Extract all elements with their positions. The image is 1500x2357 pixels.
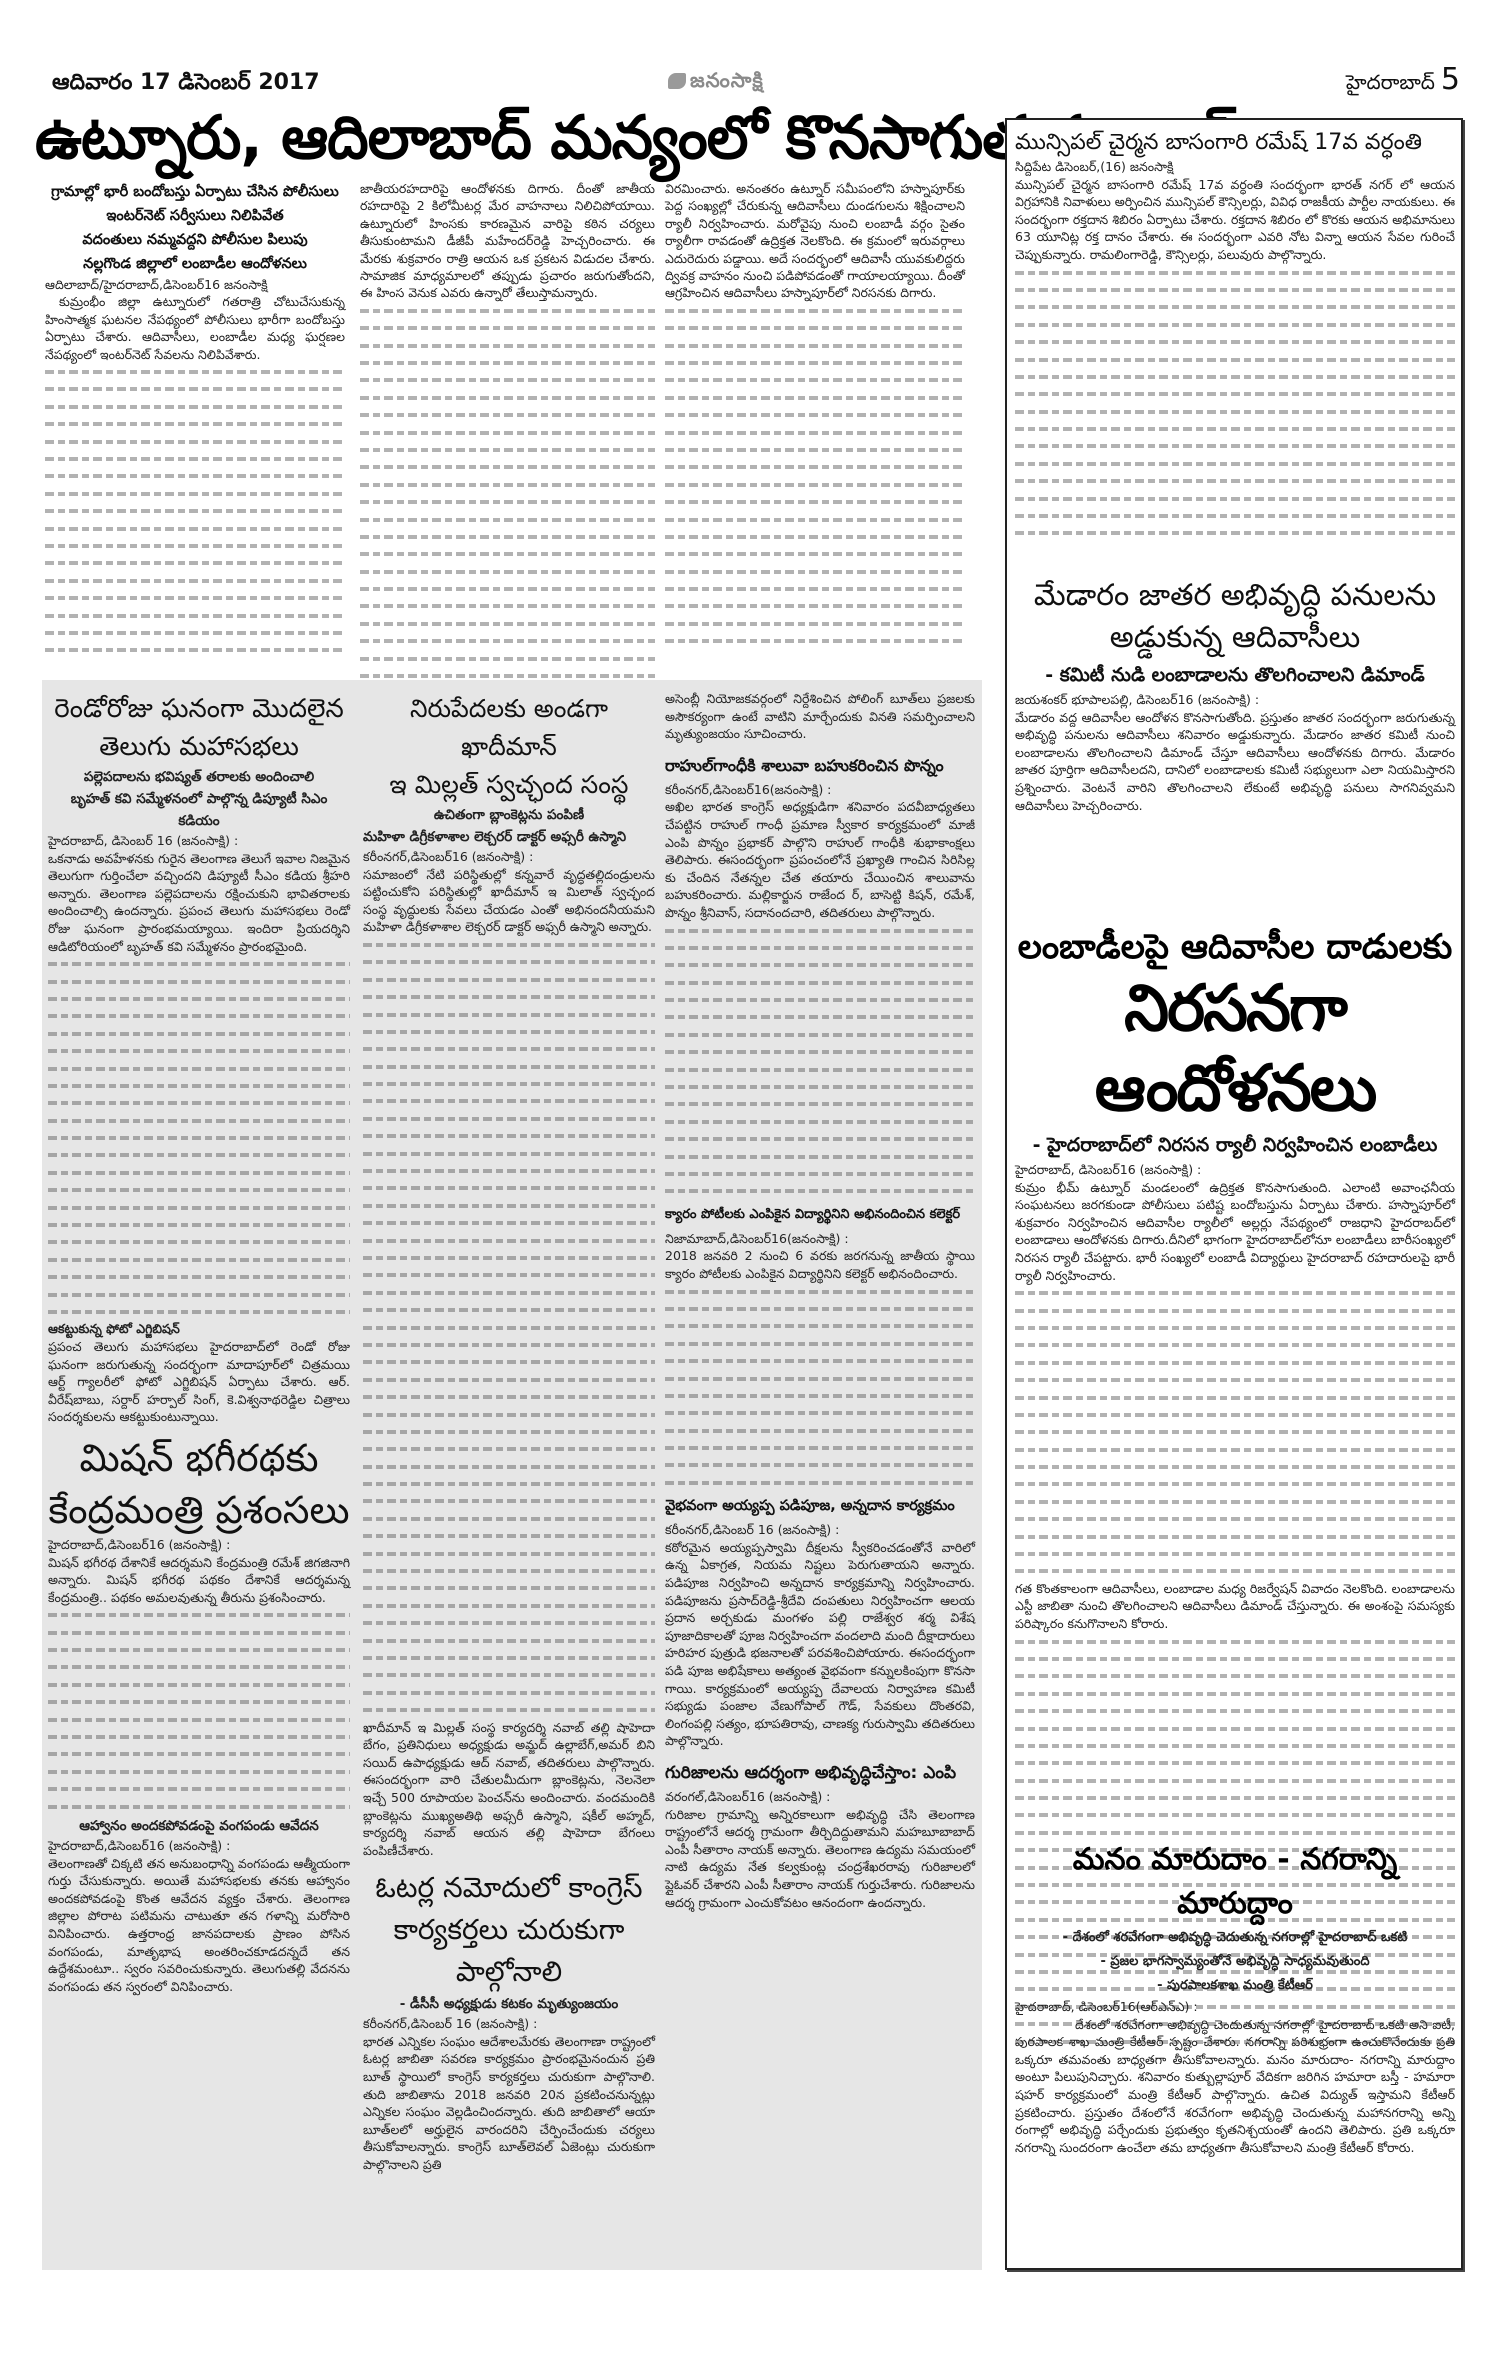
paper-name: జనంసాక్షి xyxy=(690,68,764,92)
khadiman-headline-2: ఇ మిల్లత్ స్వచ్ఛంద సంస్థ xyxy=(363,766,655,804)
lead-body-1: కుమ్రంభీం జిల్లా ఉట్నూరులో గతరాత్రి చోటు… xyxy=(45,293,345,363)
khadiman-kicker-2: మహిళా డిగ్రీకళాశాల లెక్చరర్ డాక్టర్ అఫ్స… xyxy=(363,826,655,848)
ktr-kicker-2: - ప్రజల భాగస్వామ్యంతోనే అభివృద్ధి సాధ్యమ… xyxy=(1015,1950,1455,1974)
lambadi-headline-2: నిరసనగా ఆందోళనలు xyxy=(1015,969,1455,1129)
lead-body-2-filler xyxy=(360,302,655,685)
photo-exhibition-subhead: ఆకట్టుకున్న ఫోటో ఎగ్జిబిషన్ xyxy=(48,1320,350,1338)
medaram-story: మేడారం జాతర అభివృద్ధి పనులను అడ్డుకున్న … xyxy=(1015,575,1455,814)
telugu-sabhalu-headline-2: తెలుగు మహాసభలు xyxy=(48,728,350,766)
ktr-kicker-3: - పురపాలకశాఖ మంత్రి కేటీఆర్ xyxy=(1015,1974,1455,1998)
gurijala-body: గురిజాల గ్రామాన్ని అన్నిరకాలుగా అభివృద్ధ… xyxy=(665,1806,975,1912)
telugu-sabhalu-kicker-2: బృహత్ కవి సమ్మేళనంలో పాల్గొన్న డిప్యూటీ … xyxy=(48,788,350,832)
lead-body-3-filler xyxy=(665,302,965,650)
medaram-dateline: జయశంకర్ భూపాలపల్లి, డిసెంబర్16 (జనంసాక్ష… xyxy=(1015,691,1455,709)
lead-story-col-2: జాతీయరహదారిపై ఆందోళనకు దిగారు. దీంతో జాత… xyxy=(360,180,655,684)
telugu-sabhalu-headline-1: రెండోరోజు ఘనంగా మొదలైన xyxy=(48,690,350,728)
lambadi-dateline: హైదరాబాద్, డిసెంబర్16 (జనంసాక్షి) : xyxy=(1015,1161,1455,1179)
gurijala-headline: గురిజాలను ఆదర్శంగా అభివృద్ధిచేస్తాం: ఎంప… xyxy=(665,1758,975,1788)
khadiman-headline-1: నిరుపేదలకు అండగా ఖాదీమాన్ xyxy=(363,690,655,766)
ktr-dateline: హైదరాబాద్, డిసెంబర్16(ఆర్ఎన్ఎ) : xyxy=(1015,1998,1455,2016)
lead-body-3: విరమించారు. అనంతరం ఉట్నూర్ సమీపంలోని హస్… xyxy=(665,180,965,302)
lead-subhead-3: వదంతులు నమ్మవద్దని పోలీసుల పిలుపు xyxy=(45,228,345,252)
lead-dateline: ఆదిలాబాద్/హైదరాబాద్,డిసెంబర్16 జనంసాక్షి xyxy=(45,276,345,293)
ponnam-headline: రాహుల్‌గాంధీకి శాలువా బహుకరించిన పొన్నం xyxy=(665,751,975,781)
lambadi-body: కుమ్రం భీమ్ ఉట్నూర్ మండలంలో ఉద్రిక్తత కొ… xyxy=(1015,1179,1455,1285)
ayyappa-body: కఠోరమైన అయ్యప్పస్వామి దీక్షలను స్వీకరించ… xyxy=(665,1539,975,1750)
page-number: 5 xyxy=(1441,62,1460,97)
lead-subhead-1: గ్రామాల్లో భారీ బందోబస్తు ఏర్పాటు చేసిన … xyxy=(45,180,345,204)
lead-subhead-2: ఇంటర్‌నెట్ సర్వీసులు నిలిపివేత xyxy=(45,204,345,228)
carrom-headline: క్యారం పోటీలకు ఎంపికైన విద్యార్థినిని అభ… xyxy=(665,1200,975,1230)
ramesh-body: మున్సిపల్ చైర్మన బాసంగారి రమేష్ 17వ వర్ధ… xyxy=(1015,176,1455,264)
vangapandu-subhead: ఆహ్వానం అందకపోవడంపై వంగపండు ఆవేదన xyxy=(48,1815,350,1837)
lambadi-headline-1: లంబాడీలపై ఆదివాసీల దాడులకు xyxy=(1015,925,1455,969)
photo-exhibition-body: ప్రపంచ తెలుగు మహాసభలు హైదరాబాద్‌లో రెండో… xyxy=(48,1338,350,1426)
mission-bhagiratha-headline-1: మిషన్ భగీరథకు xyxy=(48,1432,350,1484)
congress-headline-2: కార్యకర్తలు చురుకుగా పాల్గోనాలి xyxy=(363,1909,655,1993)
ramesh-headline: మున్సిపల్ చైర్మన బాసంగారి రమేష్ 17వ వర్ధ… xyxy=(1015,128,1455,158)
ponnam-dateline: కరీంనగర్,డిసెంబర్16(జనంసాక్షి) : xyxy=(665,781,975,799)
grey-col-1: రెండోరోజు ఘనంగా మొదలైన తెలుగు మహాసభలు పల… xyxy=(48,690,350,1995)
mission-bhagiratha-headline-2: కేంద్రమంత్రి ప్రశంసలు xyxy=(48,1484,350,1536)
khadiman-kicker-1: ఉచితంగా బ్లాంకెట్లను పంపిణీ xyxy=(363,804,655,826)
ponnam-body: అఖిల భారత కాంగ్రెస్ అధ్యక్షుడిగా శనివారం… xyxy=(665,798,975,921)
congress-headline-1: ఓటర్ల నమోదులో కాంగ్రెస్ xyxy=(363,1867,655,1909)
masthead: ఆదివారం 17 డిసెంబర్ 2017 జనంసాక్షి హైదరా… xyxy=(0,0,1500,120)
logo-leaf-icon xyxy=(668,73,686,89)
medaram-body: మేడారం వద్ద ఆదివాసీల ఆందోళన కొనసాగుతోంది… xyxy=(1015,709,1455,815)
issue-date: ఆదివారం 17 డిసెంబర్ 2017 xyxy=(52,70,320,100)
congress-continued: అసెంబ్లీ నియోజకవర్గంలో నిర్దేశించిన పోలి… xyxy=(665,690,975,743)
ayyappa-dateline: కరీంనగర్,డిసెంబర్ 16 (జనంసాక్షి) : xyxy=(665,1521,975,1539)
ayyappa-headline: వైభవంగా అయ్యప్ప పడిపూజ, అన్నదాన కార్యక్ర… xyxy=(665,1491,975,1521)
medaram-subhead: - కమిటీ నుడి లంబాడాలను తొలగించాలని డిమాం… xyxy=(1015,659,1455,691)
lead-body-2: జాతీయరహదారిపై ఆందోళనకు దిగారు. దీంతో జాత… xyxy=(360,180,655,302)
telugu-sabhalu-kicker-1: పల్లెపదాలను భవిష్యత్ తరాలకు అందించాలి xyxy=(48,766,350,788)
carrom-dateline: నిజామాబాద్,డిసెంబర్16(జనంసాక్షి) : xyxy=(665,1230,975,1248)
khadiman-closing: ఖాదీమాన్ ఇ మిల్లత్ సంస్థ కార్యదర్శి నవాబ… xyxy=(363,1719,655,1860)
vangapandu-dateline: హైదరాబాద్,డిసెంబర్16 (జనంసాక్షి) : xyxy=(48,1837,350,1855)
mission-bhagiratha-dateline: హైదరాబాద్,డిసెంబర్16 (జనంసాక్షి) : xyxy=(48,1536,350,1554)
medaram-headline-1: మేడారం జాతర అభివృద్ధి పనులను xyxy=(1015,575,1455,617)
vangapandu-body: తెలంగాణతో చిక్కటి తన అనుబంధాన్ని వంగపండు… xyxy=(48,1855,350,1996)
lead-story-col-1: గ్రామాల్లో భారీ బందోబస్తు ఏర్పాటు చేసిన … xyxy=(45,180,345,659)
carrom-body: 2018 జనవరి 2 నుంచి 6 వరకు జరగనున్న జాతీయ… xyxy=(665,1247,975,1282)
gurijala-dateline: వరంగల్,డిసెంబర్16 (జనంసాక్షి) : xyxy=(665,1788,975,1806)
lead-story-col-3: విరమించారు. అనంతరం ఉట్నూర్ సమీపంలోని హస్… xyxy=(665,180,965,650)
telugu-sabhalu-body: ఒకనాడు అవహేళనకు గురైన తెలంగాణ తెలుగే ఇవా… xyxy=(48,850,350,956)
ktr-body: దేశంలో శరవేగంగా అభివృద్ధి చెందుతున్న నగర… xyxy=(1015,2016,1455,2157)
page-location: హైదరాబాద్5 xyxy=(1346,62,1460,99)
grey-col-2: నిరుపేదలకు అండగా ఖాదీమాన్ ఇ మిల్లత్ స్వచ… xyxy=(363,690,655,2174)
ramesh-story: మున్సిపల్ చైర్మన బాసంగారి రమేష్ 17వ వర్ధ… xyxy=(1015,128,1455,542)
congress-kicker: - డీసీసీ అధ్యక్షుడు కటకం మృత్యుంజయం xyxy=(363,1993,655,2015)
congress-dateline: కరీంనగర్,డిసెంబర్ 16 (జనంసాక్షి) : xyxy=(363,2015,655,2033)
telugu-sabhalu-dateline: హైదరాబాద్, డిసెంబర్ 16 (జనంసాక్షి) : xyxy=(48,832,350,850)
ramesh-dateline: సిద్దిపేట డిసెంబర్,(16) జనంసాక్షి xyxy=(1015,158,1455,176)
lambadi-body-2: గత కొంతకాలంగా ఆదివాసీలు, లంబాడాల మధ్య రి… xyxy=(1015,1580,1455,1633)
mission-bhagiratha-body: మిషన్ భగీరథ దేశానికే ఆదర్శమని కేంద్రమంత్… xyxy=(48,1554,350,1607)
khadiman-body: సమాజంలో నేటి పరిస్థితుల్లో కన్నవారే వృద్… xyxy=(363,866,655,936)
ktr-kicker-1: - దేశంలో శరవేగంగా అభివృద్ధి చెదుతున్న నగ… xyxy=(1015,1926,1455,1950)
medaram-headline-2: అడ్డుకున్న ఆదివాసీలు xyxy=(1015,617,1455,659)
edition-name: హైదరాబాద్ xyxy=(1346,70,1435,94)
lambadi-subhead: - హైదరాబాద్‌లో నిరసన ర్యాలీ నిర్వహించిన … xyxy=(1015,1129,1455,1161)
khadiman-dateline: కరీంనగర్,డిసెంబర్16 (జనంసాక్షి) : xyxy=(363,848,655,866)
congress-body: భారత ఎన్నికల సంఘం ఆదేశాలమేరకు తెలంగాణా ర… xyxy=(363,2033,655,2174)
ktr-story: మనం మారుదాం - నగరాన్ని మారుద్దాం - దేశంల… xyxy=(1015,1838,1455,2156)
lead-body-1-filler xyxy=(45,363,345,659)
ktr-headline: మనం మారుదాం - నగరాన్ని మారుద్దాం xyxy=(1015,1838,1455,1926)
lead-subhead-4: నల్లగొండ జిల్లాలో లంబాడీల ఆందోళనలు xyxy=(45,252,345,276)
lead-headline: ఉట్నూరు, ఆదిలాబాద్ మన్యంలో కొనసాగుతున్న … xyxy=(35,106,956,170)
grey-col-3: అసెంబ్లీ నియోజకవర్గంలో నిర్దేశించిన పోలి… xyxy=(665,690,975,1911)
paper-logo: జనంసాక్షి xyxy=(668,68,764,97)
